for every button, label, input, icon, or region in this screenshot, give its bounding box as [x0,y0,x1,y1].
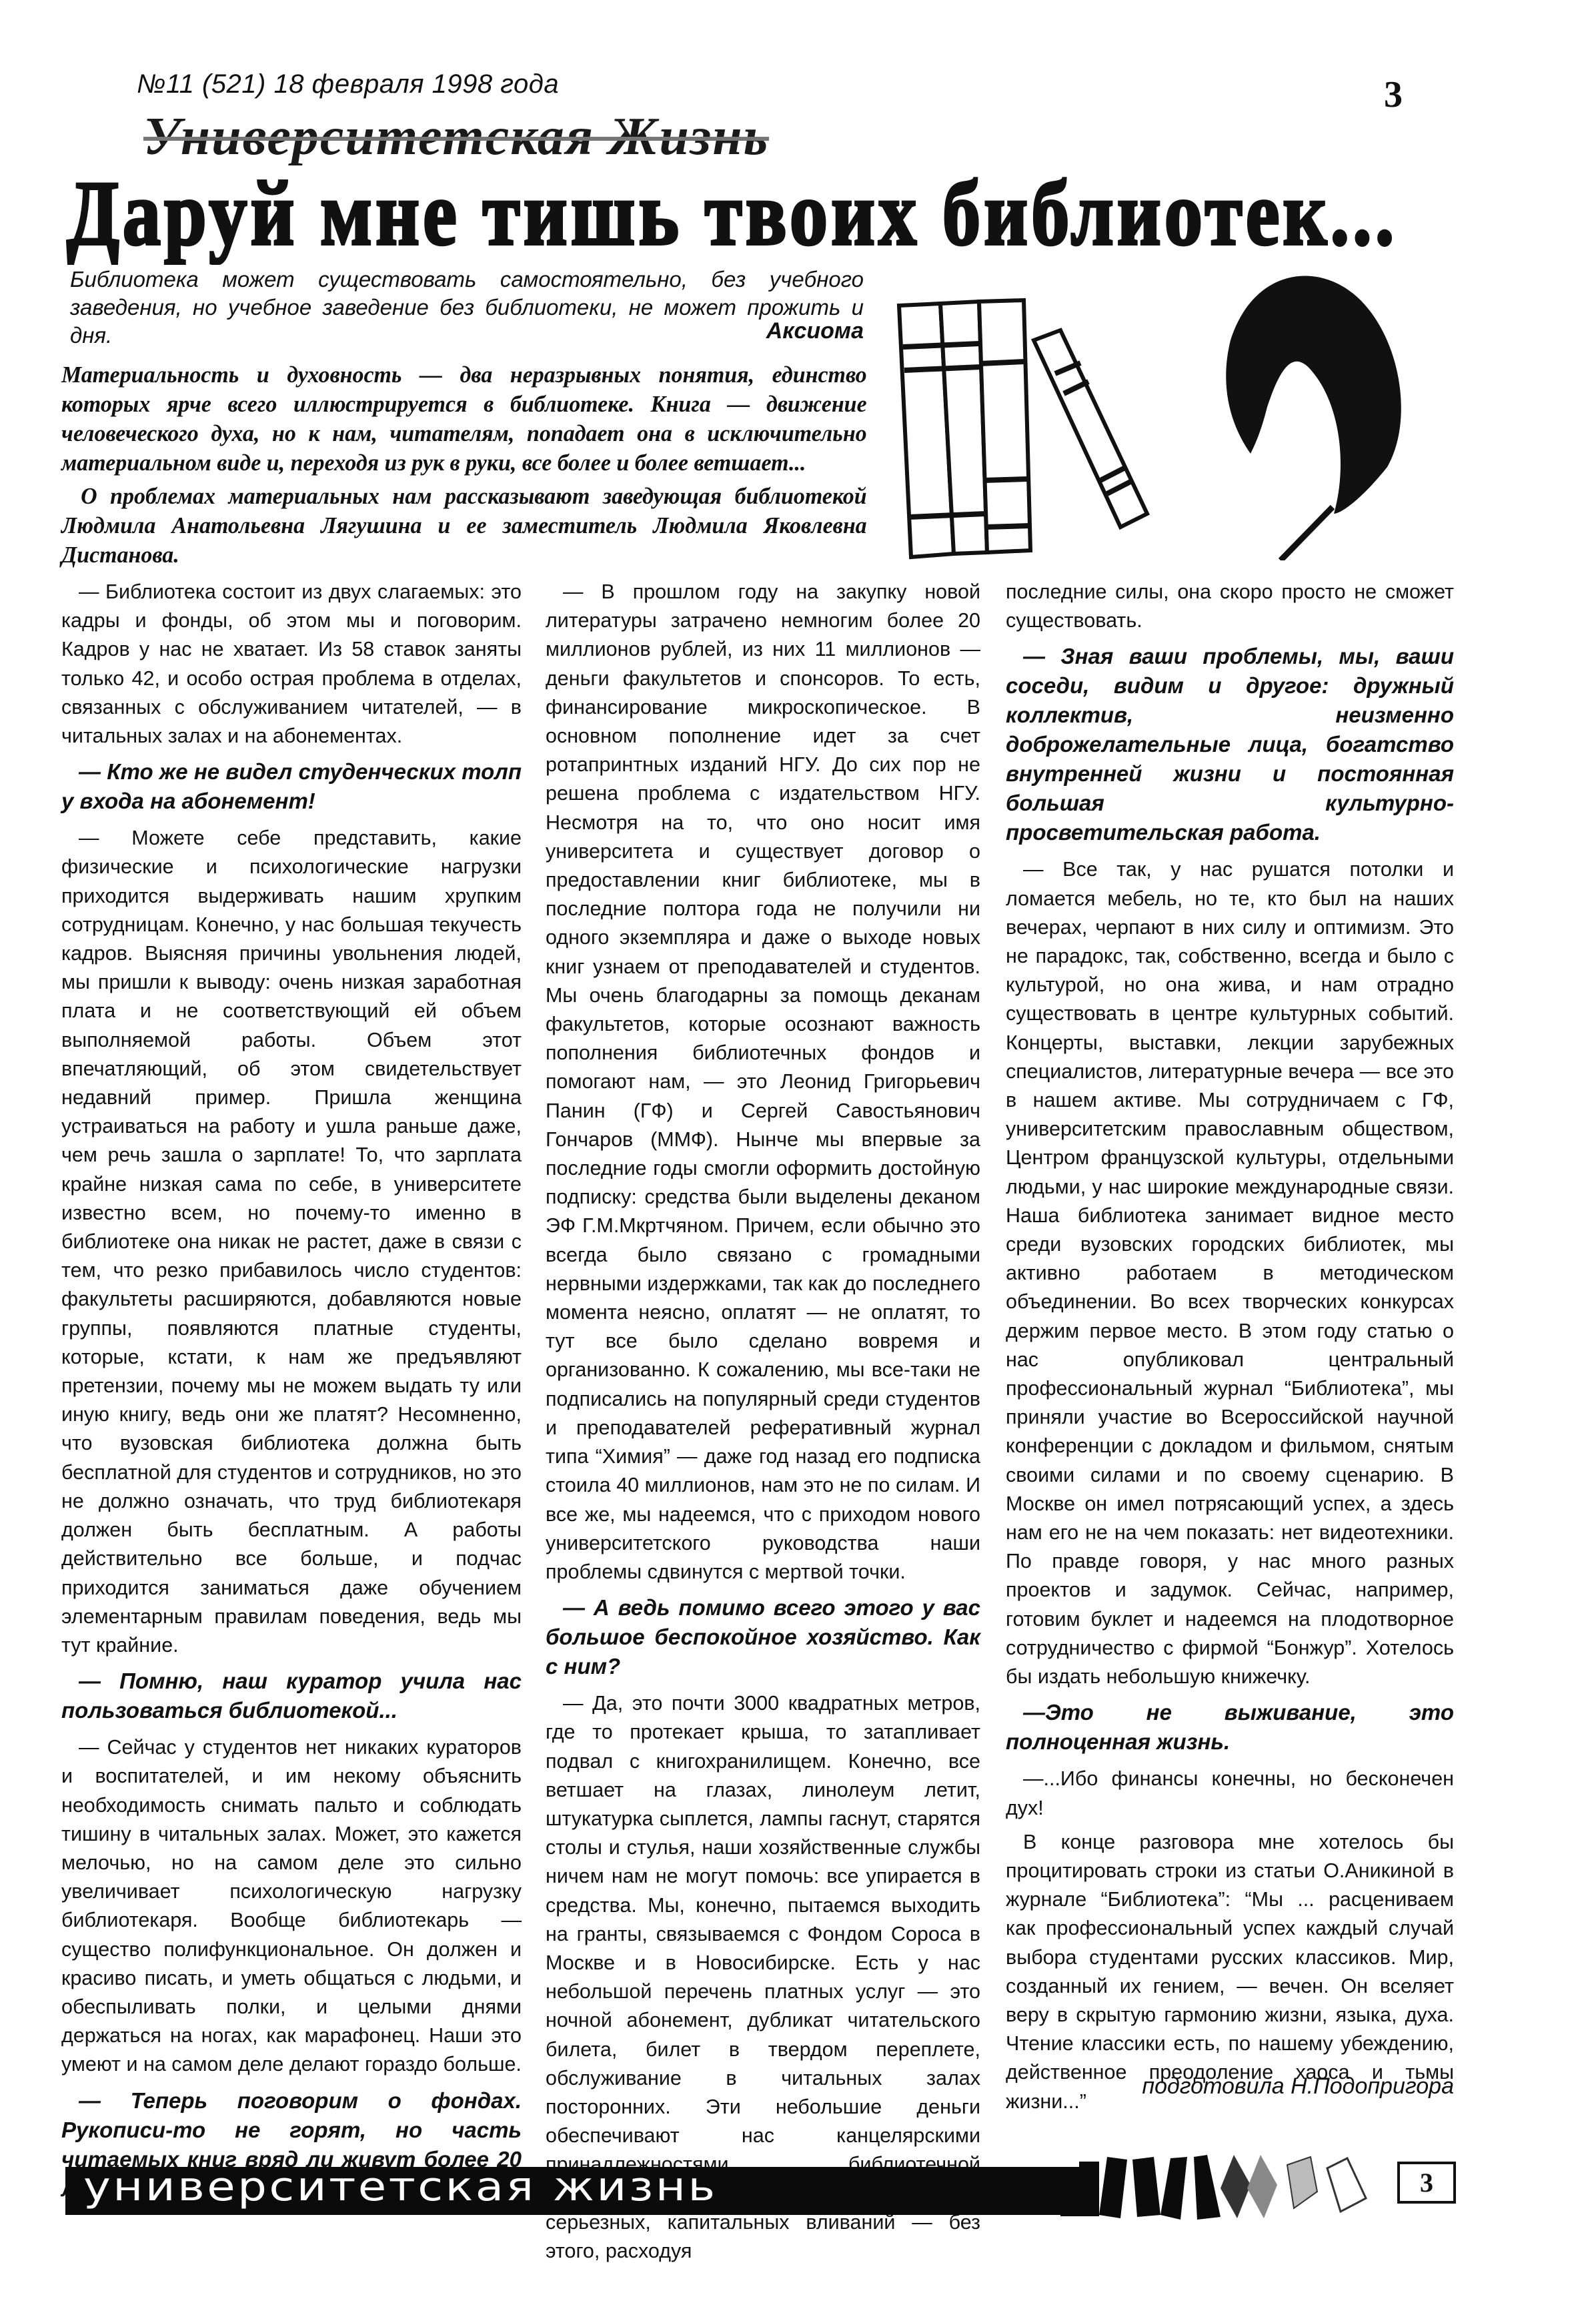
answer-paragraph: — Сейчас у студентов нет никаких куратор… [61,1733,522,2079]
article-lead: Материальность и духовность — два неразр… [61,360,867,570]
question-paragraph: — Кто же не видел студенческих толп у вх… [61,757,522,816]
continuation-paragraph: последние силы, она скоро просто не смож… [1006,578,1454,635]
lead-paragraph: Материальность и духовность — два неразр… [61,360,867,478]
article-headline: Даруй мне тишь твоих библиотек... [67,163,820,264]
question-paragraph: — А ведь помимо всего этого у вас большо… [546,1593,980,1681]
question-paragraph: — Помню, наш куратор учила нас пользоват… [61,1667,522,1725]
page-number-top: 3 [1384,73,1403,116]
answer-paragraph: —...Ибо финансы конечны, но бесконечен д… [1006,1765,1454,1822]
answer-paragraph: — Библиотека состоит из двух слагаемых: … [61,578,522,751]
question-paragraph: —Это не выживание, это полноценная жизнь… [1006,1698,1454,1757]
answer-paragraph: — Можете себе представить, какие физичес… [61,824,522,1660]
feather-quill-icon [1226,276,1401,560]
footer-banner-title: университетская жизнь [83,2164,718,2210]
epigraph-source: Аксиома [600,318,864,344]
lead-paragraph: О проблемах материальных нам рассказываю… [61,482,867,570]
answer-paragraph: — В прошлом году на закупку новой литера… [546,578,980,1586]
page-number-box: 3 [1397,2162,1456,2204]
closing-paragraph: В конце разговора мне хотелось бы процит… [1006,1828,1454,2116]
article-column-1: — Библиотека состоит из двух слагаемых: … [61,578,522,2212]
books-on-shelf-icon [899,300,1147,557]
books-and-quill-illustration [880,167,1481,560]
issue-line: №11 (521) 18 февраля 1998 года [137,69,559,99]
article-column-3: последние силы, она скоро просто не смож… [1006,578,1454,2122]
answer-paragraph: — Все так, у нас рушатся потолки и ломае… [1006,855,1454,1691]
question-paragraph: — Зная ваши проблемы, мы, ваши соседи, в… [1006,642,1454,847]
article-column-2: — В прошлом году на закупку новой литера… [546,578,980,2271]
byline: подготовила Н.Подопригора [1054,2074,1454,2100]
masthead-title: Университетская Жизнь [143,107,769,167]
